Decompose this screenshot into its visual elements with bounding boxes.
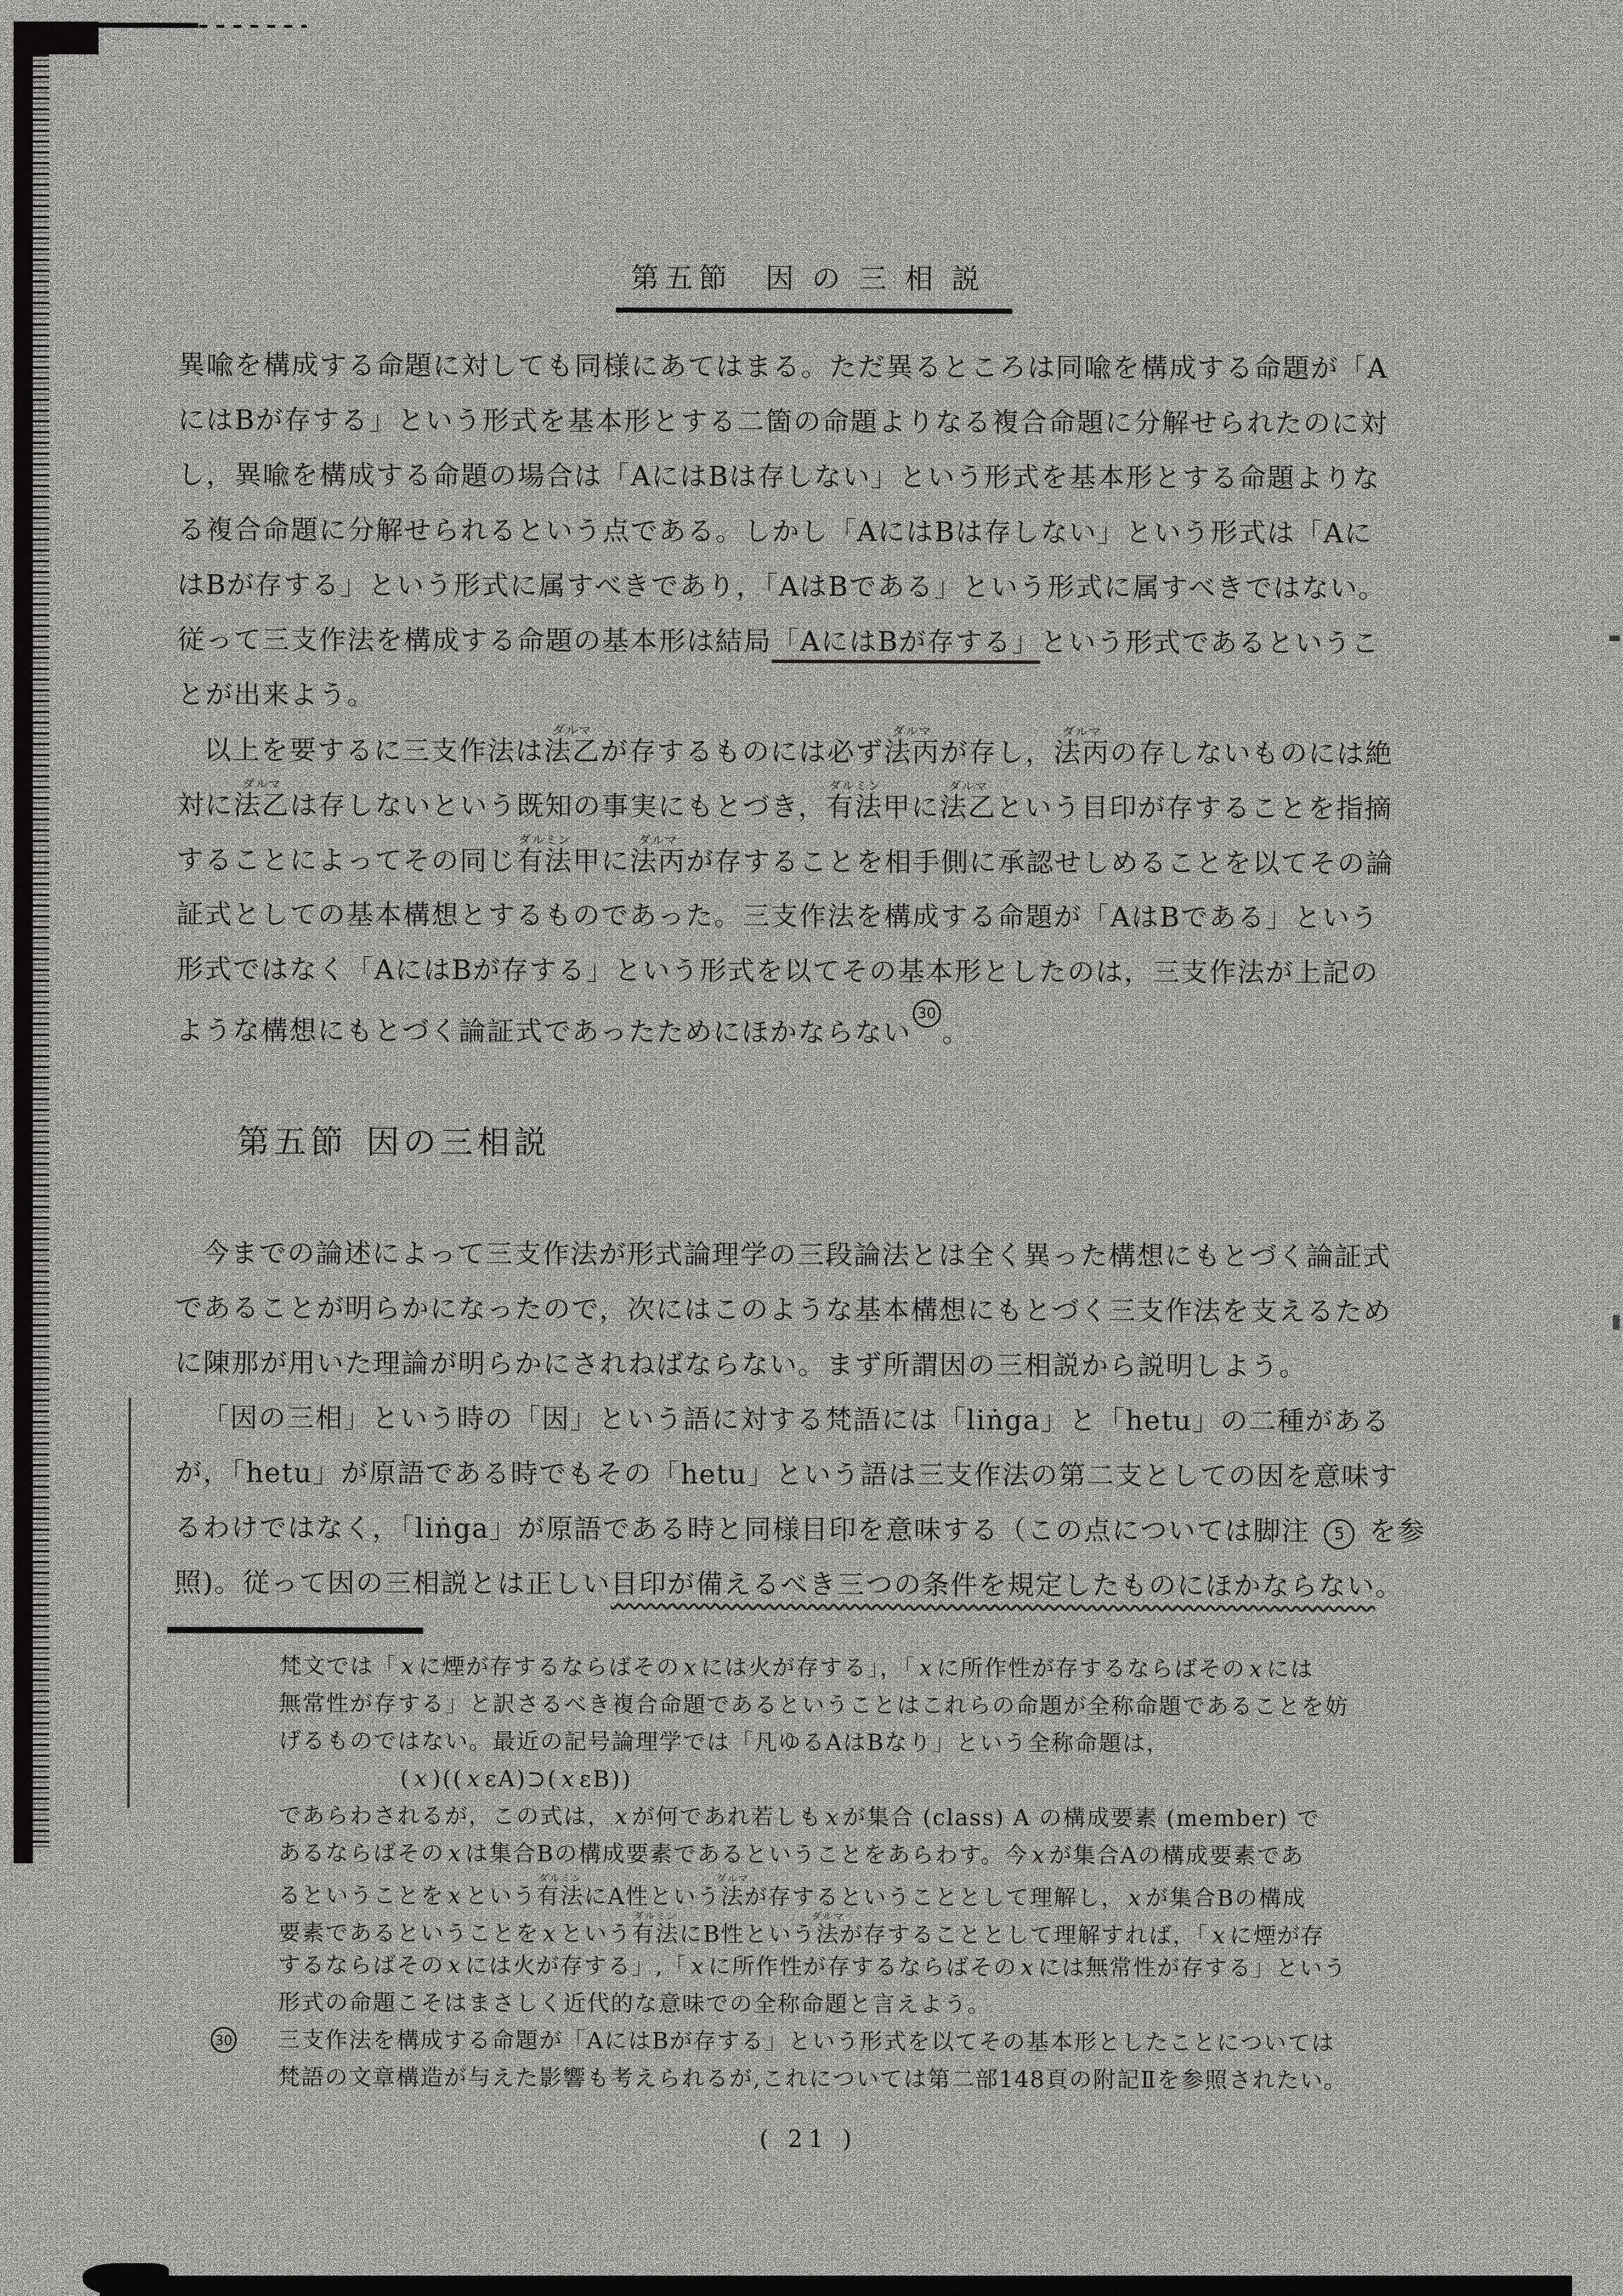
text-run: には火が存する」,「 (465, 1953, 687, 1979)
text-run: ( (400, 1766, 411, 1792)
text-run: 梵語の文章構造が与えた影響も考えられるが,これについては第二部148頁の附記Ⅱを… (277, 2064, 1348, 2094)
text-run: が，「hetu」が原語である時でもその「hetu」という語は三支作法の第二支とし… (174, 1457, 1398, 1492)
text-run: 「因の三相」という時の「因」という語に対する梵語には「liṅga」と「hetu」… (202, 1402, 1390, 1438)
text-run: るわけではなく，「liṅga」が原語である時と同様目印を意味する（この点について… (174, 1512, 1319, 1547)
text-run: 証式としての基本構想とするものであった。三支作法を構成する命題が「AはBである」… (176, 898, 1379, 934)
text-run: に煙が存 (1229, 1923, 1325, 1949)
section-heading: 第五節因の三相説 (237, 1115, 550, 1164)
text-run: x (687, 1953, 708, 1979)
text-run: x (411, 1766, 432, 1792)
text-run: が何であれ若しも (632, 1804, 822, 1830)
footnote-formula-line: (x)((xεA)⊃(xεB)) (278, 1760, 1473, 1801)
page-content: 第五節因の三相説 異喩を構成する命題に対しても同様にあてはまる。ただ異るところは… (0, 0, 1623, 2296)
text-run: 甲に (883, 791, 939, 823)
ruby-annotated-term: 法ダルマ (816, 1922, 840, 1948)
ruby-annotated-term: 法丙ダルマ (630, 846, 686, 877)
text-run: x (1028, 1842, 1049, 1868)
body-text-line: 形式ではなく「AにはBが存する」という形式を以てその基本形としたのは，三支作法が… (176, 942, 1479, 1001)
ruby-annotated-term: 有法ダルミン (516, 845, 573, 877)
body-text-line: とが出来よう。 (177, 667, 1479, 726)
text-run: x (444, 1953, 465, 1979)
text-run: x (558, 1766, 579, 1793)
text-run: であることが明らかになったので，次にはこのような基本構想にもとづく三支作法を支え… (175, 1292, 1391, 1328)
text-run: x (822, 1804, 843, 1830)
footnote-block: 梵文では「xに煙が存するならばそのxには火が存する」，「xに所作性が存するならば… (277, 1648, 1473, 2100)
ruby-annotated-term: 法ダルマ (720, 1884, 744, 1910)
text-run: 。 (942, 1017, 970, 1049)
text-run: に所作性が存するならばその (937, 1655, 1246, 1683)
text-run: 形式ではなく「AにはBが存する」という形式を以てその基本形としたのは，三支作法が… (176, 953, 1379, 989)
ruby-annotated-term: 法乙ダルマ (233, 789, 290, 821)
ruby-annotated-term: 法乙ダルマ (544, 736, 600, 767)
text-run: げるものではない。最近の記号論理学では「凡ゆるAはBなり」という全称命題は， (279, 1728, 1170, 1757)
body-text-line: 照)。従って因の三相説とは正しい目印が備えるべき三つの条件を規定したものにほかな… (174, 1555, 1476, 1614)
text-run: ような構想にもとづく論証式であったためにほかならない (176, 1014, 912, 1048)
text-run: には無常性が存する」という (1038, 1954, 1347, 1982)
text-run: 異喩を構成する命題に対しても同様にあてはまる。ただ異るところは同喩を構成する命題… (178, 349, 1388, 385)
text-run: が集合Aの構成要素であ (1049, 1842, 1304, 1869)
circled-number: 5 (1324, 1519, 1355, 1550)
body-text-line: 以上を要するに三支作法は法乙ダルマが存するものには必ず法丙ダルマが存し，法丙ダル… (177, 722, 1479, 781)
text-run: x (611, 1804, 632, 1830)
text-run: には火が存する」，「 (701, 1654, 916, 1681)
body-text-line: し，異喩を構成する命題の場合は「AにはBは存しない」という形式を基本形とする命題… (178, 447, 1480, 506)
text-run: x (916, 1655, 937, 1682)
text-run: が存するものには必ず (600, 736, 883, 769)
text-run: 以上を要するに三支作法は (204, 735, 544, 767)
text-run: x (398, 1654, 418, 1680)
footnote-text-line: 形式の命題こそはまさしく近代的な意味での全称命題と言えよう。 (277, 1984, 1472, 2025)
section-heading-number: 第五節 (237, 1123, 347, 1162)
body-text-line: 従って三支作法を構成する命題の基本形は結局「AにはBが存する」という形式であると… (177, 612, 1480, 671)
text-run: という目印が存することを指摘 (996, 792, 1393, 825)
footnote-text-line: あるならばそのxは集合Bの構成要素であるということをあらわす。今xが集合Aの構成… (278, 1834, 1473, 1876)
running-head-underlined: 第五節因の三相説 (616, 255, 1013, 314)
body-paragraphs-top: 異喩を構成する命題に対しても同様にあてはまる。ただ異るところは同喩を構成する命題… (176, 338, 1481, 1056)
text-run: εA)⊃( (485, 1766, 558, 1792)
body-text-line: 対に法乙ダルマは存しないという既知の事実にもとづき，有法ダルミン甲に法乙ダルマと… (177, 777, 1479, 836)
text-run: するならばその (277, 1952, 444, 1979)
hand-underlined-phrase: 「AにはBが存する」 (772, 626, 1040, 658)
text-run: し，異喩を構成する命題の場合は「AにはBは存しない」という形式を基本形とする命題… (178, 459, 1381, 494)
running-head-section-title: 因の三相説 (766, 262, 998, 296)
page-number: ( 21 ) (0, 2122, 1620, 2155)
body-text-line: 異喩を構成する命題に対しても同様にあてはまる。ただ異るところは同喩を構成する命題… (178, 338, 1480, 396)
text-run: が存することとして理解すれば，「 (840, 1922, 1209, 1949)
text-run: にはBが存する」という形式を基本形とする二箇の命題よりなる複合命題に分解せられた… (178, 404, 1388, 439)
scanned-document-page: 第五節因の三相説 異喩を構成する命題に対しても同様にあてはまる。ただ異るところは… (0, 0, 1623, 2296)
ruby-annotated-term: 有法ダルミン (536, 1883, 584, 1909)
ruby-annotated-term: 法丙ダルマ (1053, 737, 1110, 769)
body-text-line: 今までの論述によって三支作法が形式論理学の三段論法とは全く異った構想にもとづく論… (175, 1226, 1477, 1284)
text-run: x (540, 1921, 561, 1947)
section-heading-title: 因の三相説 (366, 1123, 550, 1162)
wavy-underlined-phrase: 目印が備えるべき三つの条件を規定したものにほかならない (610, 1568, 1375, 1602)
text-run: x (1209, 1923, 1230, 1949)
running-head-section-label: 第五節 (631, 262, 733, 295)
text-run: 無常性が存する」と訳さるべき複合命題であるということはこれらの命題が全称命題であ… (279, 1691, 1349, 1720)
body-text-line: る複合命題に分解せられるという点である。しかし「AにはBは存しない」という形式は… (177, 502, 1480, 561)
text-run: x (680, 1654, 701, 1680)
text-run: )(( (432, 1766, 464, 1792)
footnote-number-badge: 30 (211, 2027, 237, 2053)
text-run: 今までの論述によって三支作法が形式論理学の三段論法とは全く異った構想にもとづく論… (202, 1237, 1391, 1273)
text-run: に陳那が用いた理論が明らかにされねばならない。まず所謂因の三相説から説明しよう。 (175, 1347, 1308, 1382)
text-run: という形式であるというこ (1040, 626, 1380, 659)
footnote-separator-rule (167, 1627, 423, 1633)
text-run: 対に (177, 789, 233, 821)
ruby-annotated-term: 法丙ダルマ (883, 736, 940, 768)
text-run: という (560, 1921, 631, 1947)
text-run: とが出来よう。 (177, 678, 375, 711)
text-run: るということを (278, 1883, 445, 1909)
text-run: x (445, 1883, 465, 1909)
body-paragraphs-section: 今までの論述によって三支作法が形式論理学の三段論法とは全く異った構想にもとづく論… (174, 1226, 1477, 1614)
footnote-text-line: 30三支作法を構成する命題が「AにはBが存する」という形式を以てその基本形とした… (277, 2021, 1472, 2063)
text-run: は集合Bの構成要素であるということをあらわす。今 (465, 1841, 1028, 1868)
footnote-text-line: 梵語の文章構造が与えた影響も考えられるが,これについては第二部148頁の附記Ⅱを… (277, 2059, 1472, 2100)
text-run: という (465, 1883, 536, 1909)
text-run: x (463, 1766, 485, 1792)
text-run: 。 (1375, 1571, 1403, 1602)
text-run: 照)。従って因の三相説とは正しい (174, 1567, 610, 1599)
text-run: が存するということとして理解し， (744, 1884, 1125, 1911)
text-run: 従って三支作法を構成する命題の基本形は結局 (177, 624, 772, 657)
body-text-line: ような構想にもとづく論証式であったためにほかならない30。 (176, 997, 1479, 1056)
footnote-text-line: るということをxという有法ダルミンにA性という法ダルマが存するということとして理… (278, 1872, 1473, 1913)
footnote-reference-mark: 30 (912, 1000, 941, 1028)
body-text-line: することによってその同じ有法ダルミン甲に法丙ダルマが存することを相手側に承認せし… (176, 832, 1479, 891)
footnote-text-line: 梵文では「xに煙が存するならばそのxには火が存する」，「xに所作性が存するならば… (279, 1648, 1473, 1689)
text-run: が集合Bの構成 (1146, 1885, 1306, 1912)
footnote-text-line: 無常性が存する」と訳さるべき複合命題であるということはこれらの命題が全称命題であ… (279, 1685, 1473, 1726)
text-run: に所作性が存するならばその (708, 1953, 1017, 1981)
text-run: はBが存する」という形式に属すべきであり，「AはBである」という形式に属すべきで… (177, 569, 1386, 604)
text-run: 甲に (573, 846, 630, 877)
body-text-line: はBが存する」という形式に属すべきであり，「AはBである」という形式に属すべきで… (177, 557, 1480, 616)
text-run: には (1266, 1657, 1314, 1683)
text-run: が存することを相手側に承認せしめることを以てその論 (686, 846, 1394, 880)
text-run: 形式の命題こそはまさしく近代的な意味での全称命題と言えよう。 (277, 1990, 991, 2018)
footnote-text-line: であらわされるが，この式は，xが何であれ若しもxが集合 (class) A の構… (278, 1797, 1473, 1838)
body-text-line: に陳那が用いた理論が明らかにされねばならない。まず所謂因の三相説から説明しよう。 (175, 1335, 1477, 1394)
text-run: が存し， (940, 737, 1053, 769)
body-text-line: 「因の三相」という時の「因」という語に対する梵語には「liṅga」と「hetu」… (174, 1390, 1477, 1449)
text-run: にA性という (584, 1884, 720, 1910)
body-text-line: であることが明らかになったので，次にはこのような基本構想にもとづく三支作法を支え… (175, 1281, 1477, 1339)
text-run: にB性という (679, 1921, 816, 1948)
text-run: x (1017, 1954, 1038, 1981)
text-run: x (445, 1841, 465, 1867)
text-run: x (1125, 1885, 1146, 1911)
body-text-line: るわけではなく，「liṅga」が原語である時と同様目印を意味する（この点について… (174, 1500, 1477, 1559)
ruby-annotated-term: 有法ダルミン (631, 1921, 679, 1947)
text-run: に煙が存するならばその (418, 1654, 680, 1680)
body-text-line: 証式としての基本構想とするものであった。三支作法を構成する命題が「AはBである」… (176, 887, 1479, 946)
text-run: の存しないものには絶 (1110, 737, 1393, 770)
text-run: 三支作法を構成する命題が「AにはBが存する」という形式を以てその基本形としたこと… (277, 2027, 1335, 2056)
ruby-annotated-term: 有法ダルミン (826, 791, 883, 823)
body-text-line: が，「hetu」が原語である時でもその「hetu」という語は三支作法の第二支とし… (174, 1445, 1477, 1504)
running-head: 第五節因の三相説 (3, 254, 1623, 316)
text-run: 要素であるということを (278, 1920, 540, 1947)
text-run: することによってその同じ (177, 844, 516, 877)
text-run: εB)) (579, 1766, 632, 1793)
text-run: る複合命題に分解せられるという点である。しかし「AにはBは存しない」という形式は… (177, 514, 1373, 549)
footnote-text-line: げるものではない。最近の記号論理学では「凡ゆるAはBなり」という全称命題は， (279, 1722, 1473, 1764)
text-run: は存しないという既知の事実にもとづき， (290, 789, 826, 823)
footnote-text-line: するならばそのxには火が存する」,「xに所作性が存するならばそのxには無常性が存… (277, 1947, 1472, 1988)
text-run: を参 (1359, 1516, 1425, 1547)
body-text-line: にはBが存する」という形式を基本形とする二箇の命題よりなる複合命題に分解せられた… (178, 392, 1480, 451)
ruby-annotated-term: 法乙ダルマ (939, 792, 996, 823)
text-run: であらわされるが，この式は， (278, 1803, 611, 1830)
text-run: が集合 (class) A の構成要素 (member) で (843, 1804, 1320, 1832)
text-run: x (1246, 1656, 1267, 1682)
text-run: あるならばその (278, 1840, 445, 1867)
text-run: 梵文では「 (279, 1653, 398, 1680)
